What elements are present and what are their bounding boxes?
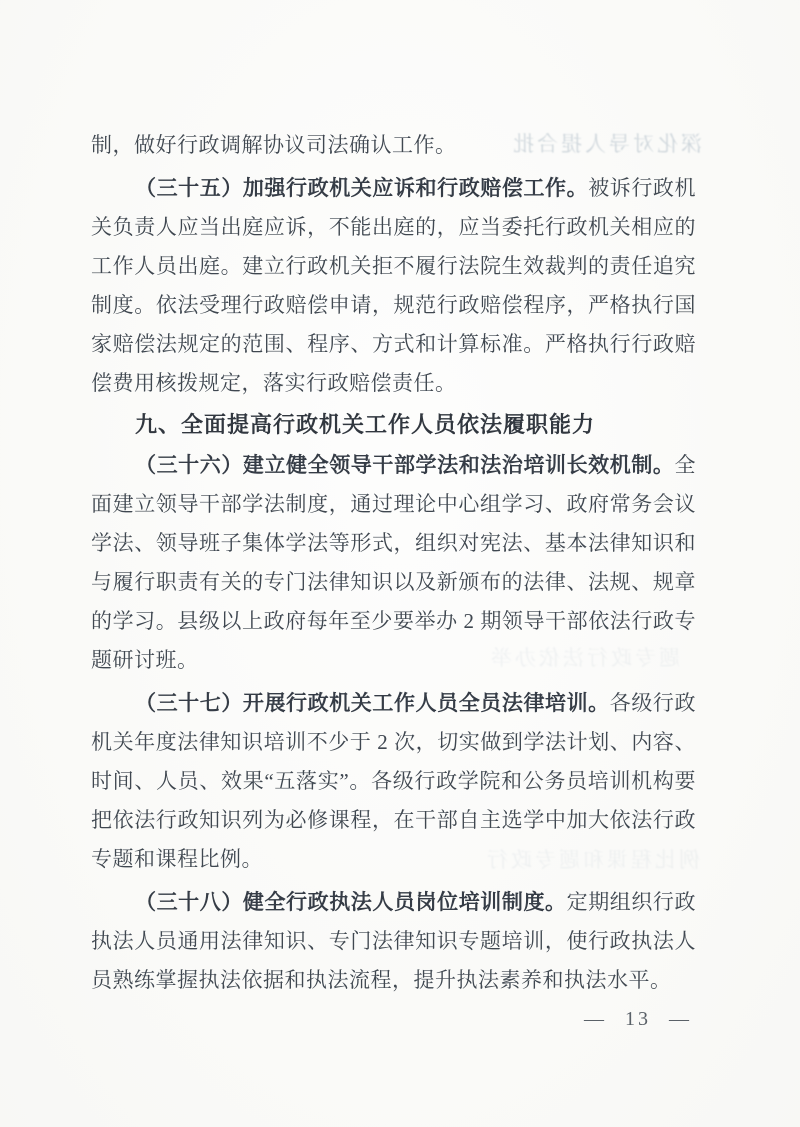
paragraph-37-lead: （三十七）开展行政机关工作人员全员法律培训。 — [135, 691, 610, 715]
paragraph-35: （三十五）加强行政机关应诉和行政赔偿工作。被诉行政机关负责人应当出庭应诉，不能出… — [91, 169, 696, 403]
page-number: — 13 — — [91, 1006, 696, 1032]
document-body: 制，做好行政调解协议司法确认工作。 （三十五）加强行政机关应诉和行政赔偿工作。被… — [91, 126, 696, 1032]
paragraph-37-body: 各级行政机关年度法律知识培训不少于 2 次，切实做到学法计划、内容、时间、人员、… — [91, 691, 696, 871]
paragraph-37: （三十七）开展行政机关工作人员全员法律培训。各级行政机关年度法律知识培训不少于 … — [91, 684, 696, 879]
paragraph-36-lead: （三十六）建立健全领导干部学法和法治培训长效机制。 — [135, 453, 675, 477]
continuation-paragraph: 制，做好行政调解协议司法确认工作。 — [91, 126, 696, 165]
paragraph-35-body: 被诉行政机关负责人应当出庭应诉，不能出庭的，应当委托行政机关相应的工作人员出庭。… — [91, 176, 696, 395]
section-heading-9: 九、全面提高行政机关工作人员依法履职能力 — [91, 405, 696, 444]
paragraph-36-body: 全面建立领导干部学法制度，通过理论中心组学习、政府常务会议学法、领导班子集体学法… — [91, 453, 696, 672]
document-page: 制，做好行政调解协议司法确认工作。 （三十五）加强行政机关应诉和行政赔偿工作。被… — [0, 0, 800, 1127]
paragraph-38: （三十八）健全行政执法人员岗位培训制度。定期组织行政执法人员通用法律知识、专门法… — [91, 883, 696, 1000]
paragraph-38-lead: （三十八）健全行政执法人员岗位培训制度。 — [135, 890, 567, 914]
paragraph-36: （三十六）建立健全领导干部学法和法治培训长效机制。全面建立领导干部学法制度，通过… — [91, 446, 696, 680]
paragraph-35-lead: （三十五）加强行政机关应诉和行政赔偿工作。 — [135, 176, 588, 200]
